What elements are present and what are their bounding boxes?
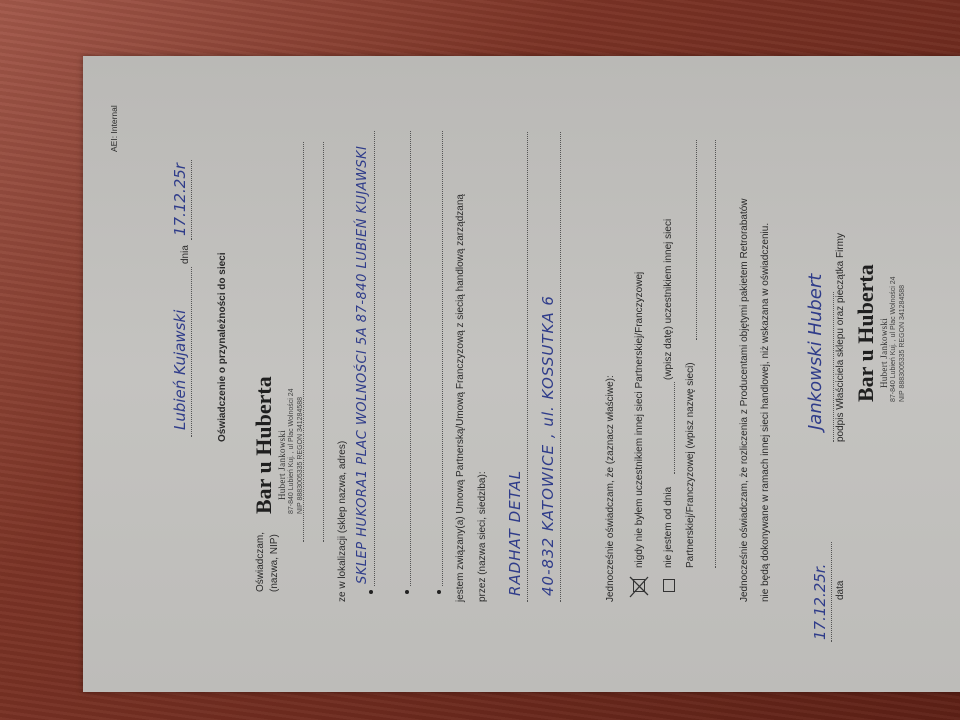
network-address-handwritten: 40-832 KATOWICE , ul. KOSSUTKA 6: [539, 295, 557, 596]
declarant-line-1: [303, 142, 304, 542]
bullet-3: [437, 590, 441, 594]
footer-date-label: data: [835, 581, 846, 600]
footer-stamp-address: 87-840 Lubień Kuj. , ul Plac Wolności 24: [889, 264, 898, 402]
declaration-intro: Jednocześnie oświadczam, że (zaznacz wła…: [605, 375, 616, 602]
footer-stamp-owner: Hubert Jankowski: [879, 264, 889, 402]
date-line: [191, 160, 192, 240]
location-line-2: [410, 131, 411, 586]
option-2-network-line: [696, 140, 697, 340]
classification-label: AEI: Internal: [109, 105, 119, 152]
final-statement-line-1: Jednocześnie oświadczam, że rozliczenia …: [739, 198, 750, 602]
document-title: Oświadczenie o przynależności do sieci: [217, 252, 228, 442]
stamp-address: 87-840 Lubień Kuj. , ul Plac Wolności 24: [287, 376, 296, 514]
option-2-extra-line: [715, 140, 716, 568]
option-2-date-line: [674, 382, 675, 474]
network-text-line-2: przez (nazwa sieci, siedziba):: [477, 471, 488, 602]
final-statement-line-2: nie będą dokonywane w ramach innej sieci…: [760, 223, 771, 602]
date-handwritten: 17.12.25r: [171, 163, 189, 236]
stamp-company-name: Bar u Huberta: [251, 376, 277, 514]
option-2-label-line2: Partnerskiej/Franczyzowej (wpisz nazwę s…: [685, 362, 696, 568]
place-handwritten: Lubień Kujawski: [171, 310, 189, 430]
signature-handwritten: Jankowski Hubert: [805, 274, 826, 430]
stamp-owner: Hubert Jankowski: [277, 376, 287, 514]
declarant-stamp: Bar u Huberta Hubert Jankowski 87-840 Lu…: [251, 376, 305, 514]
footer-stamp-company-name: Bar u Huberta: [853, 264, 879, 402]
option-2-checkbox[interactable]: [663, 579, 675, 592]
network-name-handwritten: RADHAT DETAL: [506, 470, 524, 596]
bullet-1: [369, 590, 373, 594]
dnia-label: dnia: [180, 245, 191, 264]
place-line: [191, 267, 192, 437]
footer-date-handwritten: 17.12.25r.: [811, 564, 829, 640]
footer-stamp-ids: NIP 8883005335 REGON 341284588: [898, 264, 907, 402]
location-line-1: [374, 131, 375, 586]
bullet-2: [405, 590, 409, 594]
location-line-3: [442, 131, 443, 586]
declarant-line-2: [323, 142, 324, 542]
declarant-sublabel: (nazwa, NIP): [269, 534, 280, 592]
network-address-line: [560, 132, 561, 602]
network-text-line-1: jestem związany(a) Umową Partnerską/Umow…: [455, 194, 466, 602]
checkmark-x-icon: [628, 575, 650, 597]
paper-document: AEI: Internal Lubień Kujawski dnia 17.12…: [83, 56, 960, 692]
location-entry-1: SKLEP HUKORA1 PLAC WOLNOŚCI 5A 87-840 LU…: [355, 146, 370, 584]
option-2-label-part2: (wpisz datę) uczestnikiem innej sieci: [663, 219, 674, 380]
signature-label: podpis Właściciela sklepu oraz pieczątka…: [835, 233, 846, 442]
footer-date-line: [831, 542, 832, 642]
footer-stamp: Bar u Huberta Hubert Jankowski 87-840 Lu…: [853, 264, 907, 402]
declarant-label: Oświadczam,: [255, 532, 266, 592]
option-1-checkbox[interactable]: [633, 579, 645, 592]
option-1-label: nigdy nie byłem uczestnikiem innej sieci…: [634, 272, 645, 568]
locations-label: ze w lokalizacji (sklep nazwa, adres): [337, 441, 348, 602]
signature-line: [833, 292, 834, 442]
network-name-line: [527, 132, 528, 602]
option-2-label-part1: nie jestem od dnia: [663, 487, 674, 568]
